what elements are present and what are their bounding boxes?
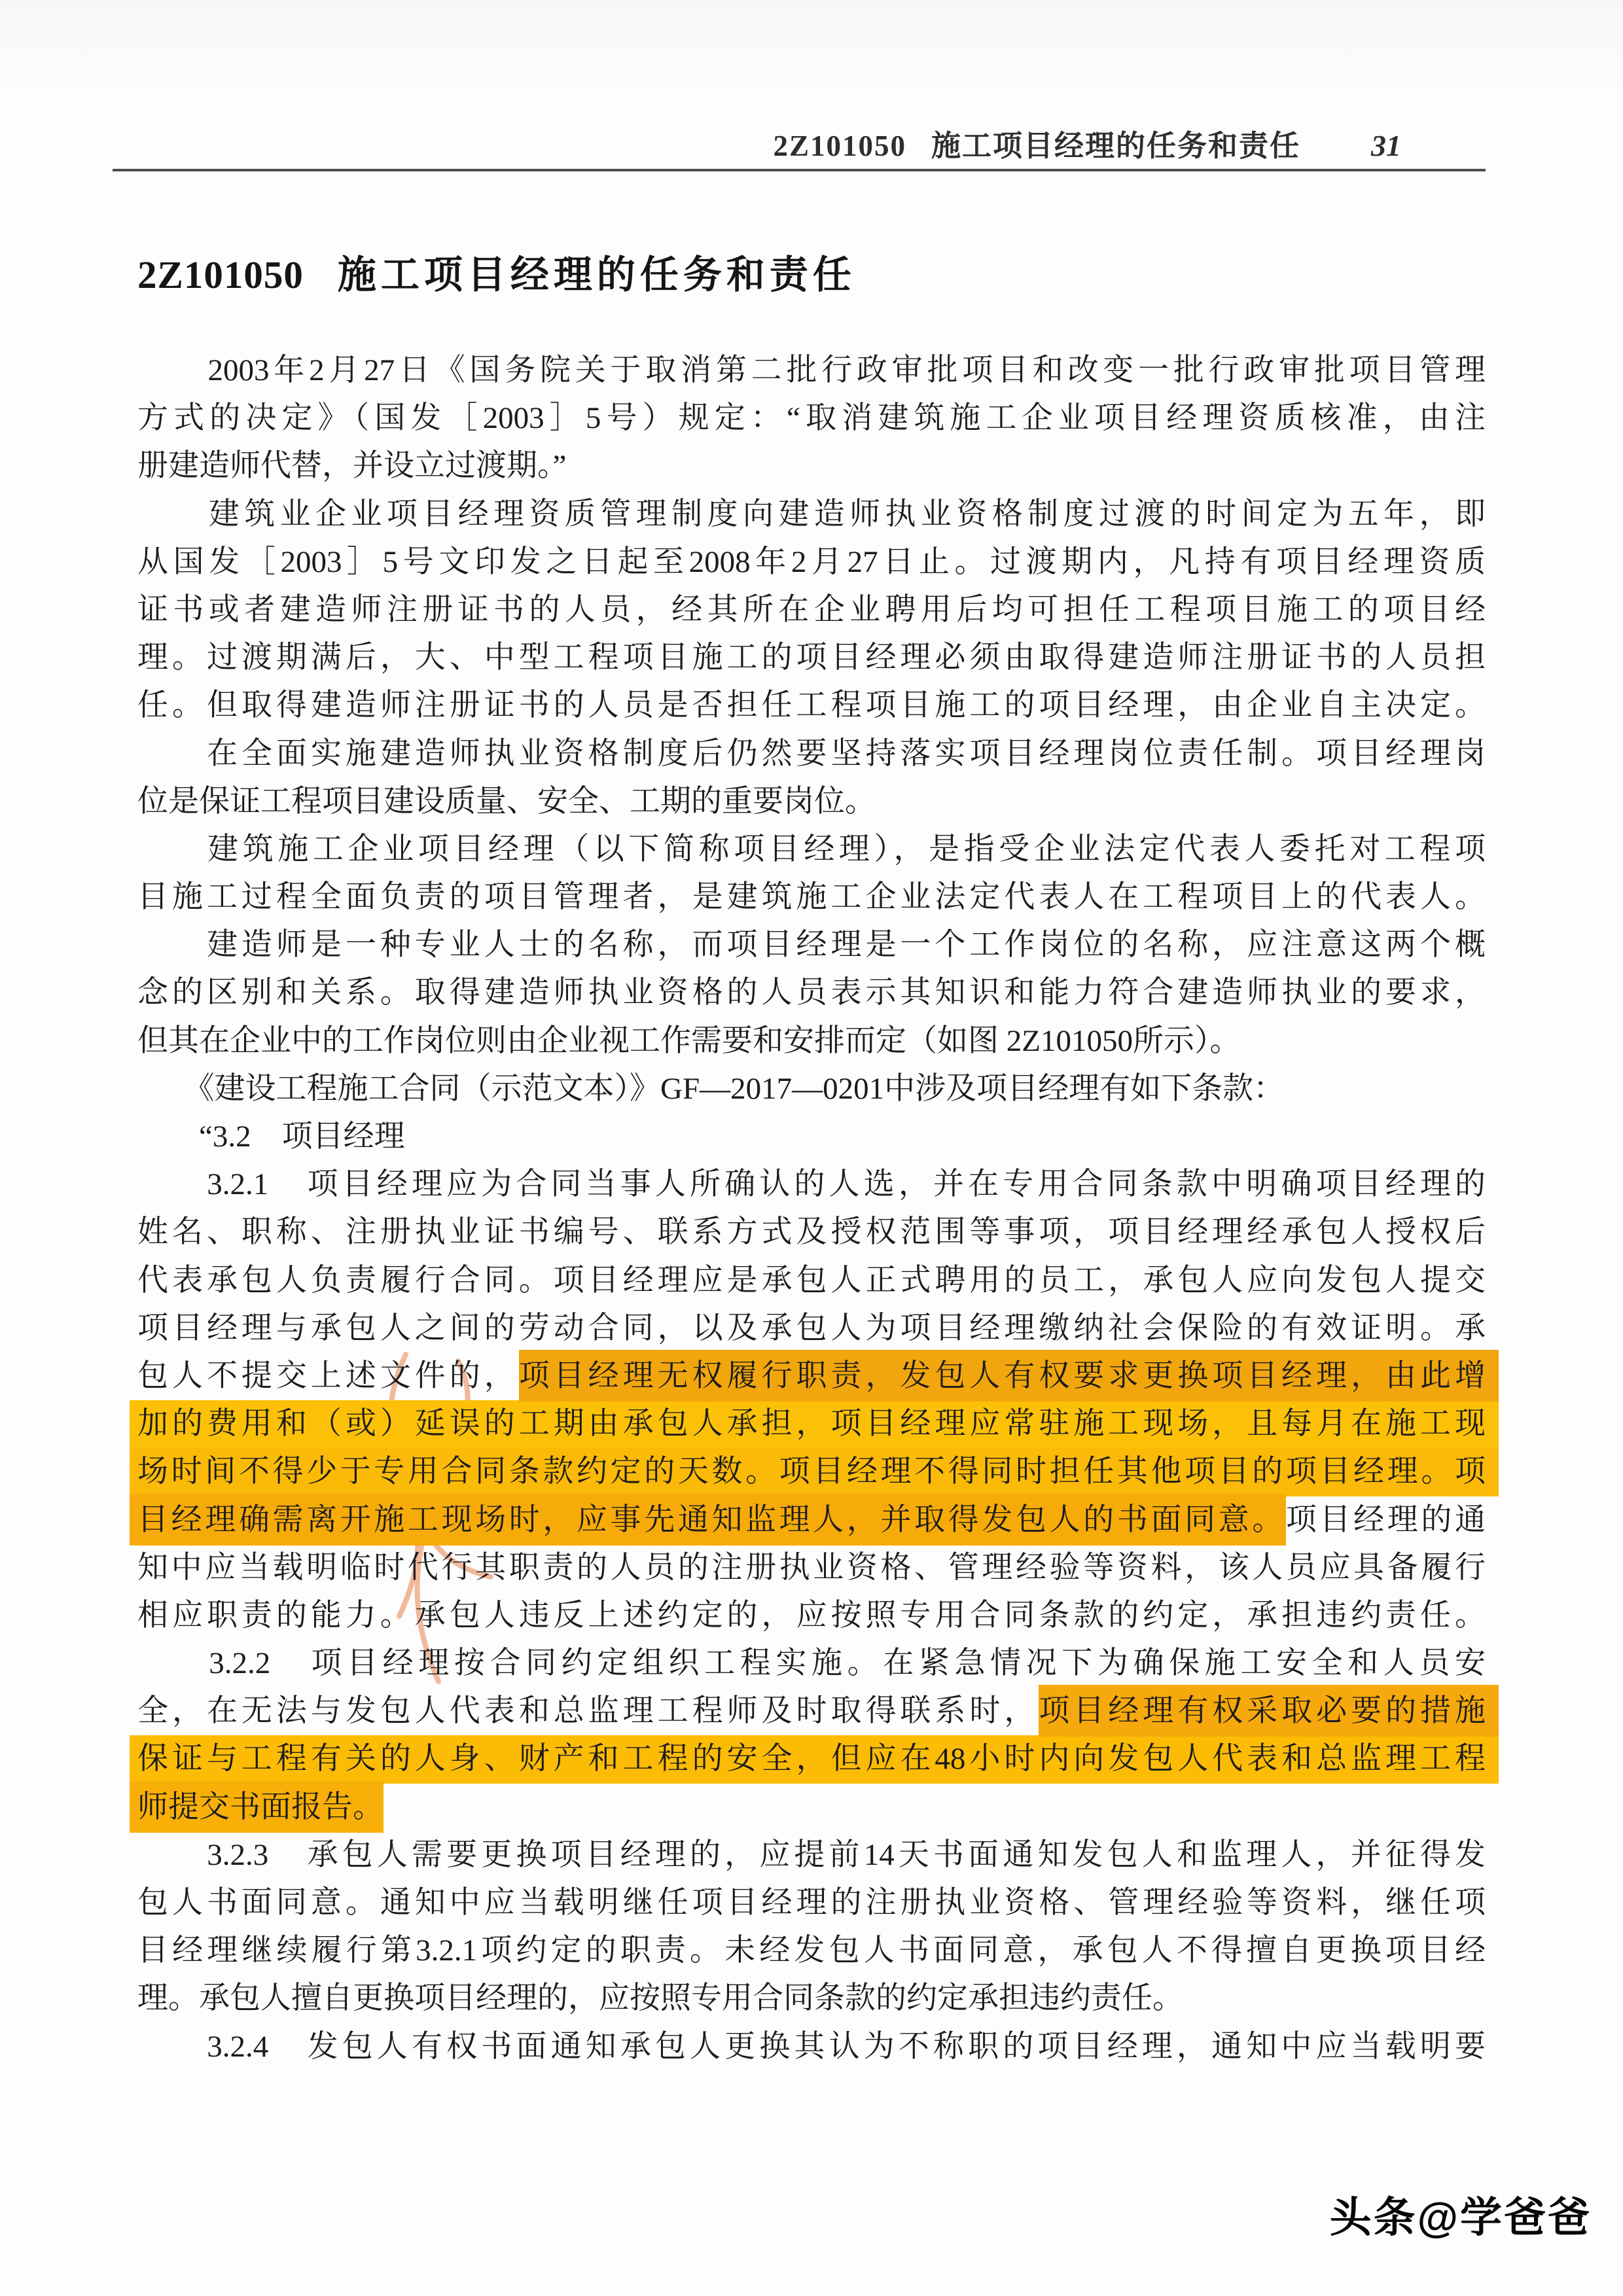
text-line: 目施工过程全面负责的项目管理者，是建筑施工企业法定代表人在工程项目上的代表人。	[137, 874, 1486, 921]
text-line: 包人书面同意。通知中应当载明继任项目经理的注册执业资格、管理经验等资料，继任项	[137, 1879, 1486, 1927]
text-segment: 加的费用和（或）延误的工期由承包人承担，项目经理应常驻施工现场，且每月在施工现	[137, 1407, 1486, 1441]
text-line: 3.2.4 发包人有权书面通知承包人更换其认为不称职的项目经理，通知中应当载明要	[137, 2023, 1486, 2071]
text-line: “3.2 项目经理	[137, 1113, 1486, 1161]
text-line: 场时间不得少于专用合同条款约定的天数。项目经理不得同时担任其他项目的项目经理。项	[130, 1448, 1499, 1496]
running-head-section-code: 2Z101050	[773, 129, 906, 163]
text-line: 证书或者建造师注册证书的人员，经其所在企业聘用后均可担任工程项目施工的项目经	[137, 586, 1486, 634]
text-segment: 建造师是一种专业人士的名称，而项目经理是一个工作岗位的名称，应注意这两个概	[137, 928, 1486, 962]
text-line: 理。承包人擅自更换项目经理的，应按照专用合同条款的约定承担违约责任。	[137, 1975, 1486, 2022]
text-segment: 3.2.1 项目经理应为合同当事人所确认的人选，并在专用合同条款中明确项目经理的	[137, 1167, 1486, 1201]
text-segment: 从国发［2003］5号文印发之日起至2008年2月27日止。过渡期内，凡持有项目…	[137, 545, 1486, 579]
text-line: 全，在无法与发包人代表和总监理工程师及时取得联系时，项目经理有权采取必要的措施	[137, 1687, 1486, 1735]
corner-watermark: 头条@学爸爸	[1330, 2184, 1592, 2244]
text-segment: 全，在无法与发包人代表和总监理工程师及时取得联系时，	[137, 1694, 1039, 1728]
text-segment: 知中应当载明临时代行其职责的人员的注册执业资格、管理经验等资料，该人员应具备履行	[137, 1551, 1486, 1585]
text-line: 3.2.2 项目经理按合同约定组织工程实施。在紧急情况下为确保施工安全和人员安	[137, 1640, 1486, 1687]
text-line: 从国发［2003］5号文印发之日起至2008年2月27日止。过渡期内，凡持有项目…	[137, 539, 1486, 586]
text-line: 在全面实施建造师执业资格制度后仍然要坚持落实项目经理岗位责任制。项目经理岗	[137, 730, 1486, 778]
text-line: 加的费用和（或）延误的工期由承包人承担，项目经理应常驻施工现场，且每月在施工现	[130, 1400, 1499, 1448]
text-segment: 项目经理与承包人之间的劳动合同，以及承包人为项目经理缴纳社会保险的有效证明。承	[137, 1311, 1486, 1345]
text-line: 但其在企业中的工作岗位则由企业视工作需要和安排而定（如图 2Z101050所示）…	[137, 1017, 1486, 1065]
text-segment: 但其在企业中的工作岗位则由企业视工作需要和安排而定（如图 2Z101050所示）…	[137, 1024, 1240, 1058]
highlighted-text: 师提交书面报告。	[130, 1781, 383, 1833]
text-segment: 相应职责的能力。承包人违反上述约定的，应按照专用合同条款的约定，承担违约责任。	[137, 1598, 1486, 1633]
highlighted-text: 目经理确需离开施工现场时，应事先通知监理人，并取得发包人的书面同意。	[130, 1494, 1286, 1545]
text-line: 知中应当载明临时代行其职责的人员的注册执业资格、管理经验等资料，该人员应具备履行	[137, 1544, 1486, 1592]
running-head-section-title: 施工项目经理的任务和责任	[931, 122, 1300, 164]
text-segment: 念的区别和关系。取得建造师执业资格的人员表示其知识和能力符合建造师执业的要求，	[137, 976, 1486, 1010]
text-line: 姓名、职称、注册执业证书编号、联系方式及授权范围等事项，项目经理经承包人授权后	[137, 1209, 1486, 1256]
text-line: 册建造师代替，并设立过渡期。”	[137, 442, 1486, 490]
text-segment: 3.2.2 项目经理按合同约定组织工程实施。在紧急情况下为确保施工安全和人员安	[137, 1646, 1486, 1680]
running-head: 2Z101050 施工项目经理的任务和责任 31	[773, 122, 1401, 164]
text-segment: 位是保证工程项目建设质量、安全、工期的重要岗位。	[137, 785, 876, 819]
highlighted-text: 项目经理有权采取必要的措施	[1039, 1685, 1499, 1737]
text-line: 师提交书面报告。	[137, 1784, 1486, 1831]
body-text: 2003年2月27日《国务院关于取消第二批行政审批项目和改变一批行政审批项目管理…	[137, 347, 1486, 2071]
text-segment: 建筑施工企业项目经理（以下简称项目经理），是指受企业法定代表人委托对工程项	[137, 832, 1486, 866]
text-segment: 姓名、职称、注册执业证书编号、联系方式及授权范围等事项，项目经理经承包人授权后	[137, 1215, 1486, 1249]
scanned-textbook-page: 2Z101050 施工项目经理的任务和责任 31 2Z101050施工项目经理的…	[0, 0, 1623, 2296]
text-segment: 代表承包人负责履行合同。项目经理应是承包人正式聘用的员工，承包人应向发包人提交	[137, 1263, 1486, 1298]
text-segment: 包人书面同意。通知中应当载明继任项目经理的注册执业资格、管理经验等资料，继任项	[137, 1886, 1486, 1920]
text-line: 建造师是一种专业人士的名称，而项目经理是一个工作岗位的名称，应注意这两个概	[137, 921, 1486, 969]
text-line: 2003年2月27日《国务院关于取消第二批行政审批项目和改变一批行政审批项目管理	[137, 347, 1486, 395]
text-segment: 3.2.3 承包人需要更换项目经理的，应提前14天书面通知发包人和监理人，并征得…	[137, 1838, 1486, 1872]
text-segment: 证书或者建造师注册证书的人员，经其所在企业聘用后均可担任工程项目施工的项目经	[137, 593, 1486, 627]
text-line: 位是保证工程项目建设质量、安全、工期的重要岗位。	[137, 778, 1486, 826]
page-title-text: 施工项目经理的任务和责任	[338, 253, 856, 296]
text-segment: 方式的决定》（国发［2003］5号）规定：“取消建筑施工企业项目经理资质核准，由…	[137, 401, 1486, 435]
text-line: 理。过渡期满后，大、中型工程项目施工的项目经理必须由取得建造师注册证书的人员担	[137, 634, 1486, 682]
text-line: 任。但取得建造师注册证书的人员是否担任工程项目施工的项目经理，由企业自主决定。	[137, 682, 1486, 730]
text-line: 3.2.3 承包人需要更换项目经理的，应提前14天书面通知发包人和监理人，并征得…	[137, 1831, 1486, 1879]
text-segment: 保证与工程有关的人身、财产和工程的安全，但应在48小时内向发包人代表和总监理工程	[137, 1742, 1486, 1776]
text-segment: 理。承包人擅自更换项目经理的，应按照专用合同条款的约定承担违约责任。	[137, 1981, 1183, 2015]
text-segment: 2003年2月27日《国务院关于取消第二批行政审批项目和改变一批行政审批项目管理	[137, 353, 1486, 387]
text-segment: 任。但取得建造师注册证书的人员是否担任工程项目施工的项目经理，由企业自主决定。	[137, 688, 1486, 722]
text-segment: 场时间不得少于专用合同条款约定的天数。项目经理不得同时担任其他项目的项目经理。项	[137, 1455, 1486, 1489]
text-segment: 《建设工程施工合同（示范文本）》GF—2017—0201中涉及项目经理有如下条款…	[137, 1072, 1284, 1106]
text-line: 项目经理与承包人之间的劳动合同，以及承包人为项目经理缴纳社会保险的有效证明。承	[137, 1305, 1486, 1352]
text-line: 目经理继续履行第3.2.1项约定的职责。未经发包人书面同意，承包人不得擅自更换项…	[137, 1927, 1486, 1975]
page-title: 2Z101050施工项目经理的任务和责任	[137, 243, 856, 299]
text-line: 代表承包人负责履行合同。项目经理应是承包人正式聘用的员工，承包人应向发包人提交	[137, 1257, 1486, 1305]
text-segment: 包人不提交上述文件的，	[137, 1359, 519, 1393]
text-line: 方式的决定》（国发［2003］5号）规定：“取消建筑施工企业项目经理资质核准，由…	[137, 395, 1486, 442]
text-segment: “3.2 项目经理	[137, 1120, 405, 1154]
text-line: 念的区别和关系。取得建造师执业资格的人员表示其知识和能力符合建造师执业的要求，	[137, 969, 1486, 1017]
text-segment: 目经理继续履行第3.2.1项约定的职责。未经发包人书面同意，承包人不得擅自更换项…	[137, 1934, 1486, 1968]
text-line: 《建设工程施工合同（示范文本）》GF—2017—0201中涉及项目经理有如下条款…	[137, 1065, 1486, 1113]
text-line: 建筑施工企业项目经理（以下简称项目经理），是指受企业法定代表人委托对工程项	[137, 826, 1486, 874]
text-segment: 项目经理的通	[1286, 1503, 1486, 1537]
text-line: 相应职责的能力。承包人违反上述约定的，应按照专用合同条款的约定，承担违约责任。	[137, 1592, 1486, 1640]
text-segment: 在全面实施建造师执业资格制度后仍然要坚持落实项目经理岗位责任制。项目经理岗	[137, 737, 1486, 771]
page-title-code: 2Z101050	[137, 253, 304, 296]
text-segment: 理。过渡期满后，大、中型工程项目施工的项目经理必须由取得建造师注册证书的人员担	[137, 641, 1486, 675]
text-line: 保证与工程有关的人身、财产和工程的安全，但应在48小时内向发包人代表和总监理工程	[130, 1735, 1499, 1783]
text-line: 目经理确需离开施工现场时，应事先通知监理人，并取得发包人的书面同意。项目经理的通	[137, 1496, 1486, 1544]
text-segment: 3.2.4 发包人有权书面通知承包人更换其认为不称职的项目经理，通知中应当载明要	[137, 2030, 1486, 2064]
text-line: 3.2.1 项目经理应为合同当事人所确认的人选，并在专用合同条款中明确项目经理的	[137, 1161, 1486, 1209]
highlighted-text: 项目经理无权履行职责，发包人有权要求更换项目经理，由此增	[519, 1350, 1499, 1402]
page-number: 31	[1371, 128, 1401, 163]
text-segment: 册建造师代替，并设立过渡期。”	[137, 449, 566, 483]
text-segment: 目施工过程全面负责的项目管理者，是建筑施工企业法定代表人在工程项目上的代表人。	[137, 880, 1486, 914]
text-segment: 建筑业企业项目经理资质管理制度向建造师执业资格制度过渡的时间定为五年，即	[137, 497, 1486, 531]
text-line: 包人不提交上述文件的，项目经理无权履行职责，发包人有权要求更换项目经理，由此增	[137, 1352, 1486, 1400]
header-rule-divider	[113, 169, 1486, 171]
text-line: 建筑业企业项目经理资质管理制度向建造师执业资格制度过渡的时间定为五年，即	[137, 491, 1486, 539]
